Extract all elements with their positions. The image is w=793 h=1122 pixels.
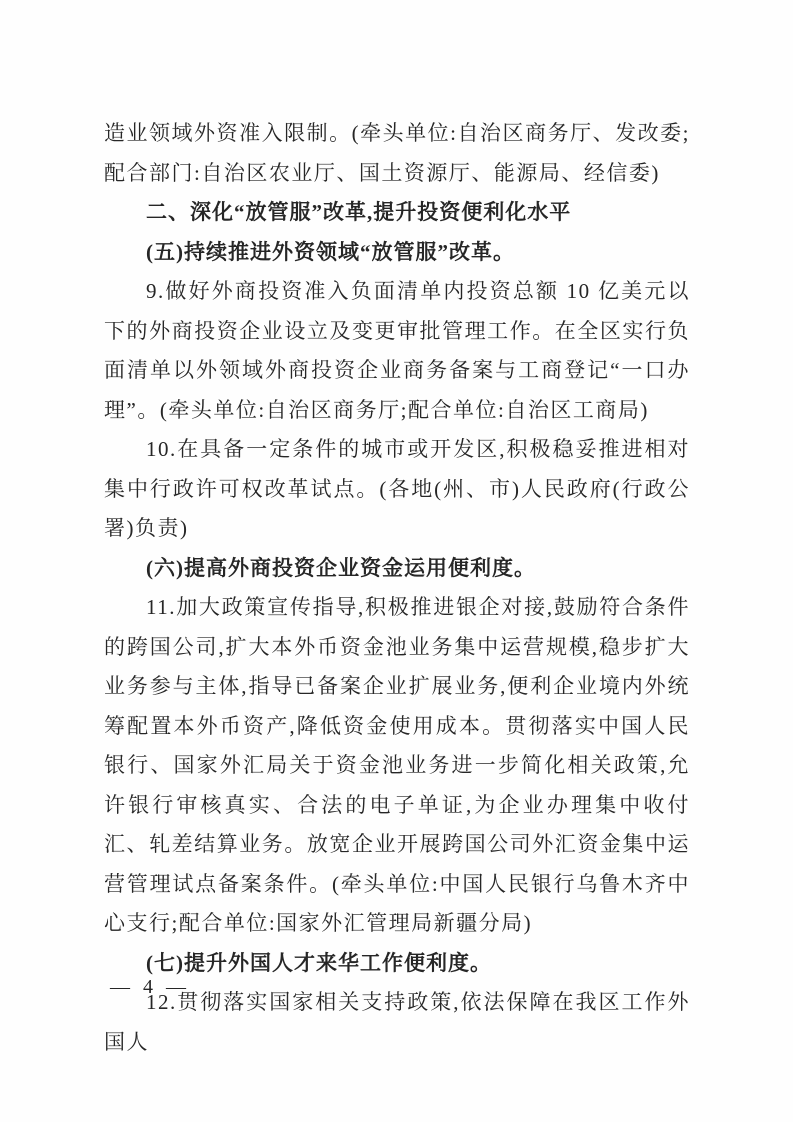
paragraph: 造业领域外资准入限制。(牵头单位:自治区商务厅、发改委;配合部门:自治区农业厅、…: [104, 114, 690, 193]
section-heading: 二、深化“放管服”改革,提升投资便利化水平: [104, 193, 690, 233]
document-page: 造业领域外资准入限制。(牵头单位:自治区商务厅、发改委;配合部门:自治区农业厅、…: [0, 0, 793, 1122]
paragraph: 11.加大政策宣传指导,积极推进银企对接,鼓励符合条件的跨国公司,扩大本外币资金…: [104, 588, 690, 944]
page-number: — 4 —: [110, 972, 190, 1002]
sub-heading: (六)提高外商投资企业资金运用便利度。: [104, 549, 690, 589]
sub-heading: (七)提升外国人才来华工作便利度。: [104, 944, 690, 984]
sub-heading: (五)持续推进外资领域“放管服”改革。: [104, 233, 690, 273]
paragraph: 9.做好外商投资准入负面清单内投资总额 10 亿美元以下的外商投资企业设立及变更…: [104, 272, 690, 430]
paragraph: 12.贯彻落实国家相关支持政策,依法保障在我区工作外国人: [104, 983, 690, 1062]
paragraph: 10.在具备一定条件的城市或开发区,积极稳妥推进相对集中行政许可权改革试点。(各…: [104, 430, 690, 549]
document-body: 造业领域外资准入限制。(牵头单位:自治区商务厅、发改委;配合部门:自治区农业厅、…: [104, 114, 690, 1062]
